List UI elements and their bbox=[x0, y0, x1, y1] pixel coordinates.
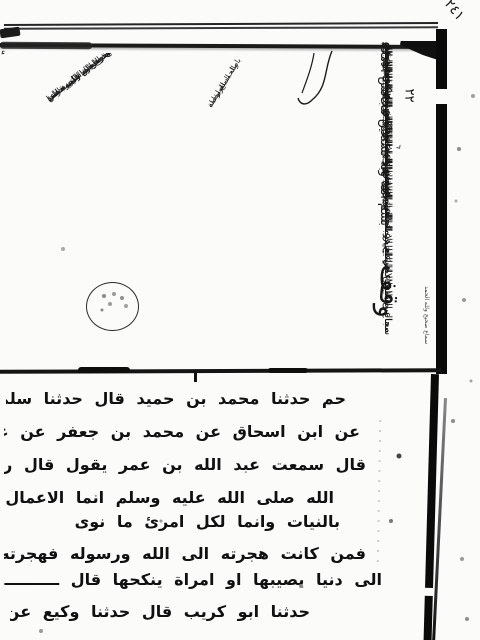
folio-number: ٢٤١ bbox=[441, 0, 467, 24]
manuscript-page: ء ٢٤١ ٢٢ › سماع صحيح ولله الحمد بسم الله… bbox=[0, 0, 480, 640]
kufic-line: حدثنا ابو كريب قال حدثنا وكيع عن سفيان bbox=[10, 599, 310, 625]
divider-tick bbox=[194, 371, 197, 382]
kufic-line: فمن كانت هجرته الى الله ورسوله فهجرته bbox=[4, 541, 366, 567]
kufic-line: بالنيات وانما لكل امرئ ما نوى bbox=[4, 509, 340, 535]
diagonal-note-rotated: سمع جميع هذا الجزء على الشيخ الامام ابي … bbox=[45, 53, 155, 96]
paper-speckles bbox=[0, 0, 2, 2]
note-line: ثمان وسبعين وكتبه حامدا bbox=[45, 53, 121, 105]
note-line: والحمد لله وحده bbox=[205, 61, 240, 109]
manuscript-column: رعايـــــــة استر عن ابن العلاء وبمعايــ… bbox=[378, 42, 396, 266]
ink-smudge bbox=[268, 368, 308, 373]
kufic-line: عن ابن اسحاق عن محمد بن جعفر عن عروة bbox=[4, 419, 360, 445]
waqf-flourish: وقف bbox=[358, 258, 402, 348]
edge-mark: ء bbox=[0, 48, 6, 59]
circular-stamp bbox=[86, 282, 139, 331]
kufic-line: الى دنيا يصيبها او امراة ينكحها قال ــــ… bbox=[4, 567, 382, 593]
stamp-speckles bbox=[91, 287, 93, 289]
kufic-line: الله صلى الله عليه وسلم انما الاعمال bbox=[4, 485, 334, 511]
spine-bar-segment bbox=[436, 104, 447, 374]
side-note-block: بلغ مقابلة باصله المنقول منه والحمد لله … bbox=[196, 42, 256, 164]
ink-smudge bbox=[78, 367, 130, 373]
calligraphic-swash bbox=[293, 48, 339, 120]
edge-ink-blob bbox=[0, 27, 21, 39]
diagonal-note-block: سمع جميع هذا الجزء على الشيخ الامام ابي … bbox=[8, 53, 186, 129]
kufic-line: قال سمعت عبد الله بن عمر يقول قال رسول bbox=[4, 452, 366, 478]
frame-rule-top-1 bbox=[4, 22, 438, 26]
gutter-number: ٢٢ bbox=[401, 88, 416, 102]
kufic-line: حم حدثنا محمد بن حميد قال حدثنا سلمة bbox=[6, 386, 346, 412]
spine-bar-segment bbox=[424, 374, 439, 640]
frame-rule-top-2 bbox=[4, 26, 438, 29]
spine-bar-break bbox=[419, 588, 447, 597]
side-note-rotated: بلغ مقابلة باصله المنقول منه والحمد لله … bbox=[205, 42, 253, 104]
ink-smudge bbox=[0, 42, 92, 50]
spine-bar-segment bbox=[436, 29, 447, 89]
spine-note: سماع صحيح ولله الحمد bbox=[423, 286, 430, 344]
waqf-flourish-text: وقف bbox=[371, 263, 407, 319]
fold-speckle-trail bbox=[377, 420, 382, 570]
corner-ink-blotch bbox=[400, 41, 438, 61]
section-divider-rule bbox=[0, 368, 441, 373]
